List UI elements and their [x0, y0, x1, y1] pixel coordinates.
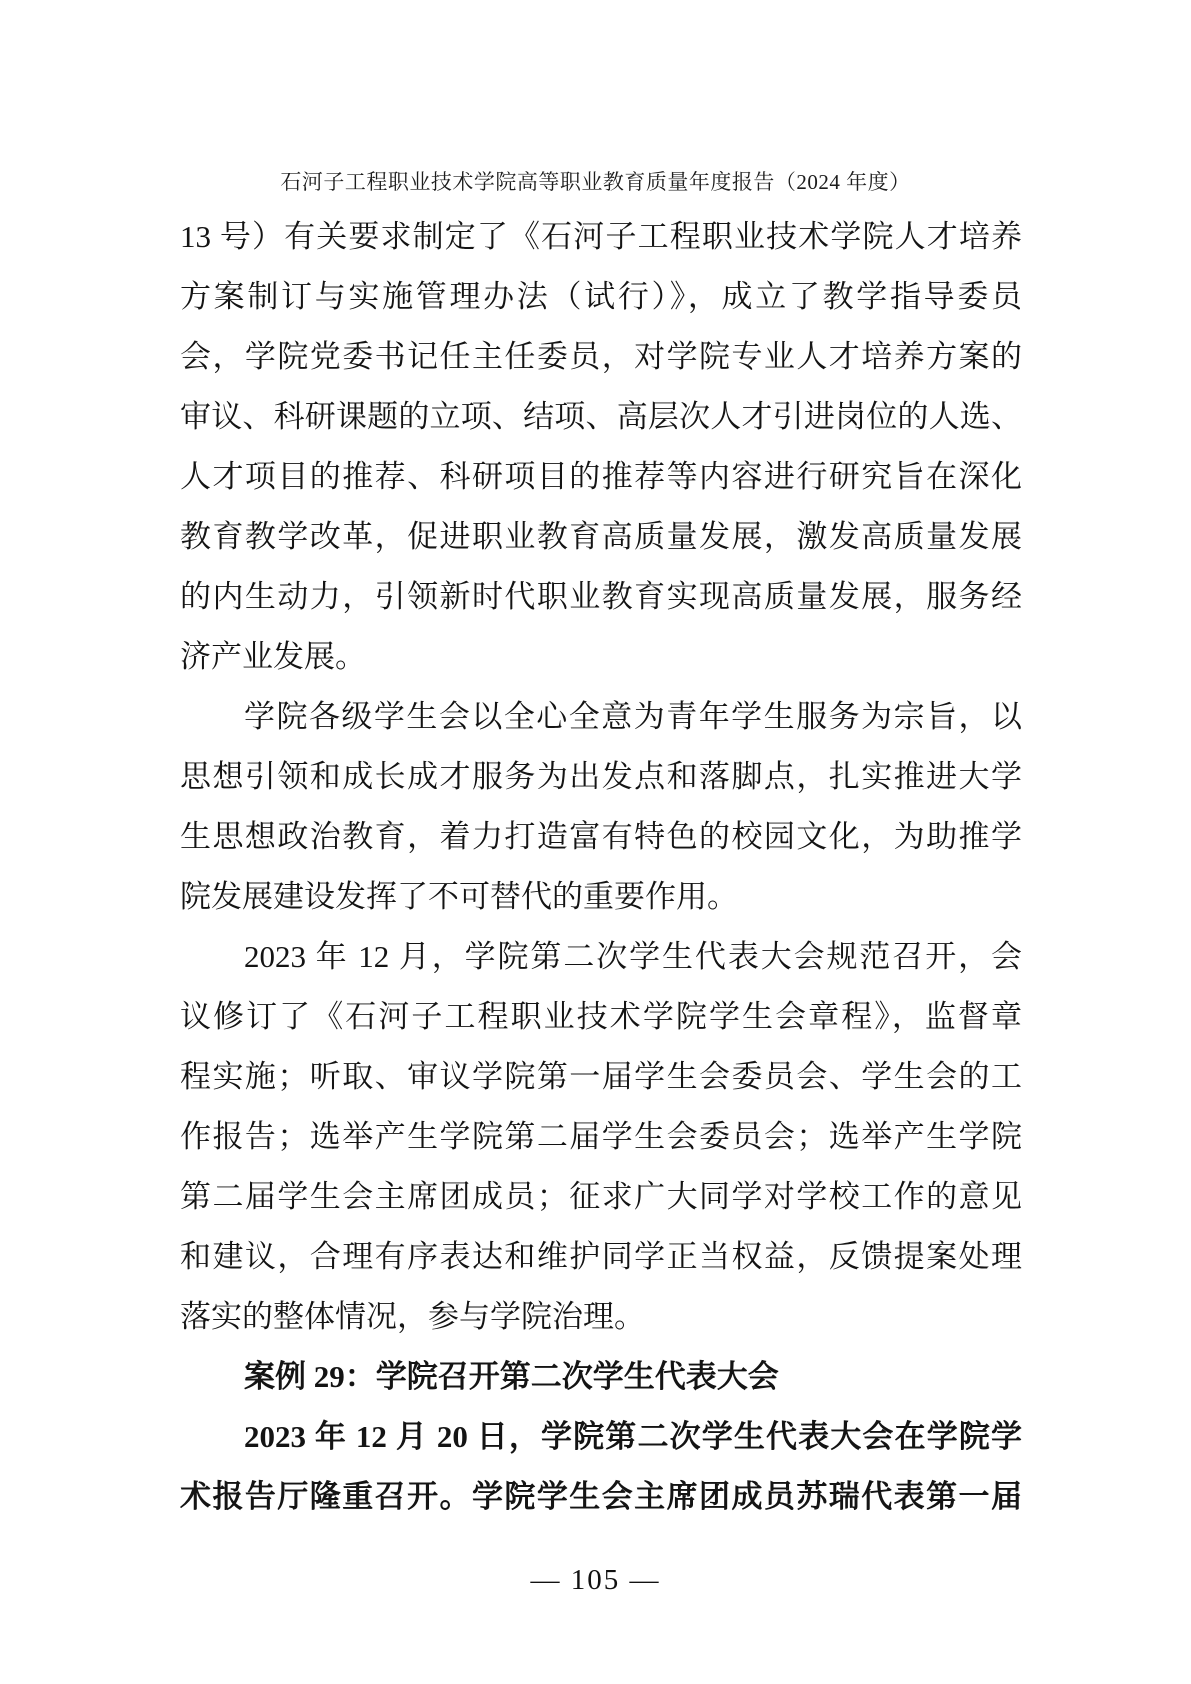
body-line: 2023 年 12 月 20 日，学院第二次学生代表大会在学院学	[180, 1407, 1022, 1467]
body-line: 学院各级学生会以全心全意为青年学生服务为宗旨，以	[180, 687, 1022, 747]
body-line: 生思想政治教育，着力打造富有特色的校园文化，为助推学	[180, 807, 1022, 867]
case-heading: 案例 29：学院召开第二次学生代表大会	[180, 1347, 1022, 1407]
body-line: 方案制订与实施管理办法（试行）》，成立了教学指导委员	[180, 267, 1022, 327]
body-line: 作报告；选举产生学院第二届学生会委员会；选举产生学院	[180, 1107, 1022, 1167]
body-line: 程实施；听取、审议学院第一届学生会委员会、学生会的工	[180, 1047, 1022, 1107]
body-line: 院发展建设发挥了不可替代的重要作用。	[180, 867, 1022, 927]
running-header: 石河子工程职业技术学院高等职业教育质量年度报告（2024 年度）	[0, 166, 1191, 196]
body-line: 2023 年 12 月，学院第二次学生代表大会规范召开，会	[180, 927, 1022, 987]
body-line: 教育教学改革，促进职业教育高质量发展，激发高质量发展	[180, 507, 1022, 567]
body-line: 会，学院党委书记任主任委员，对学院专业人才培养方案的	[180, 327, 1022, 387]
document-page: 石河子工程职业技术学院高等职业教育质量年度报告（2024 年度） 13 号）有关…	[0, 0, 1191, 1684]
body-line: 思想引领和成长成才服务为出发点和落脚点，扎实推进大学	[180, 747, 1022, 807]
body-line: 13 号）有关要求制定了《石河子工程职业技术学院人才培养	[180, 207, 1022, 267]
body-line: 第二届学生会主席团成员；征求广大同学对学校工作的意见	[180, 1167, 1022, 1227]
body-line: 和建议，合理有序表达和维护同学正当权益，反馈提案处理	[180, 1227, 1022, 1287]
body-line: 术报告厅隆重召开。学院学生会主席团成员苏瑞代表第一届	[180, 1467, 1022, 1527]
body-text: 13 号）有关要求制定了《石河子工程职业技术学院人才培养 方案制订与实施管理办法…	[180, 207, 1022, 1527]
body-line: 审议、科研课题的立项、结项、高层次人才引进岗位的人选、	[180, 387, 1022, 447]
page-number: — 105 —	[0, 1564, 1191, 1597]
body-line: 济产业发展。	[180, 627, 1022, 687]
body-line: 人才项目的推荐、科研项目的推荐等内容进行研究旨在深化	[180, 447, 1022, 507]
body-line: 议修订了《石河子工程职业技术学院学生会章程》，监督章	[180, 987, 1022, 1047]
body-line: 的内生动力，引领新时代职业教育实现高质量发展，服务经	[180, 567, 1022, 627]
body-line: 落实的整体情况，参与学院治理。	[180, 1287, 1022, 1347]
